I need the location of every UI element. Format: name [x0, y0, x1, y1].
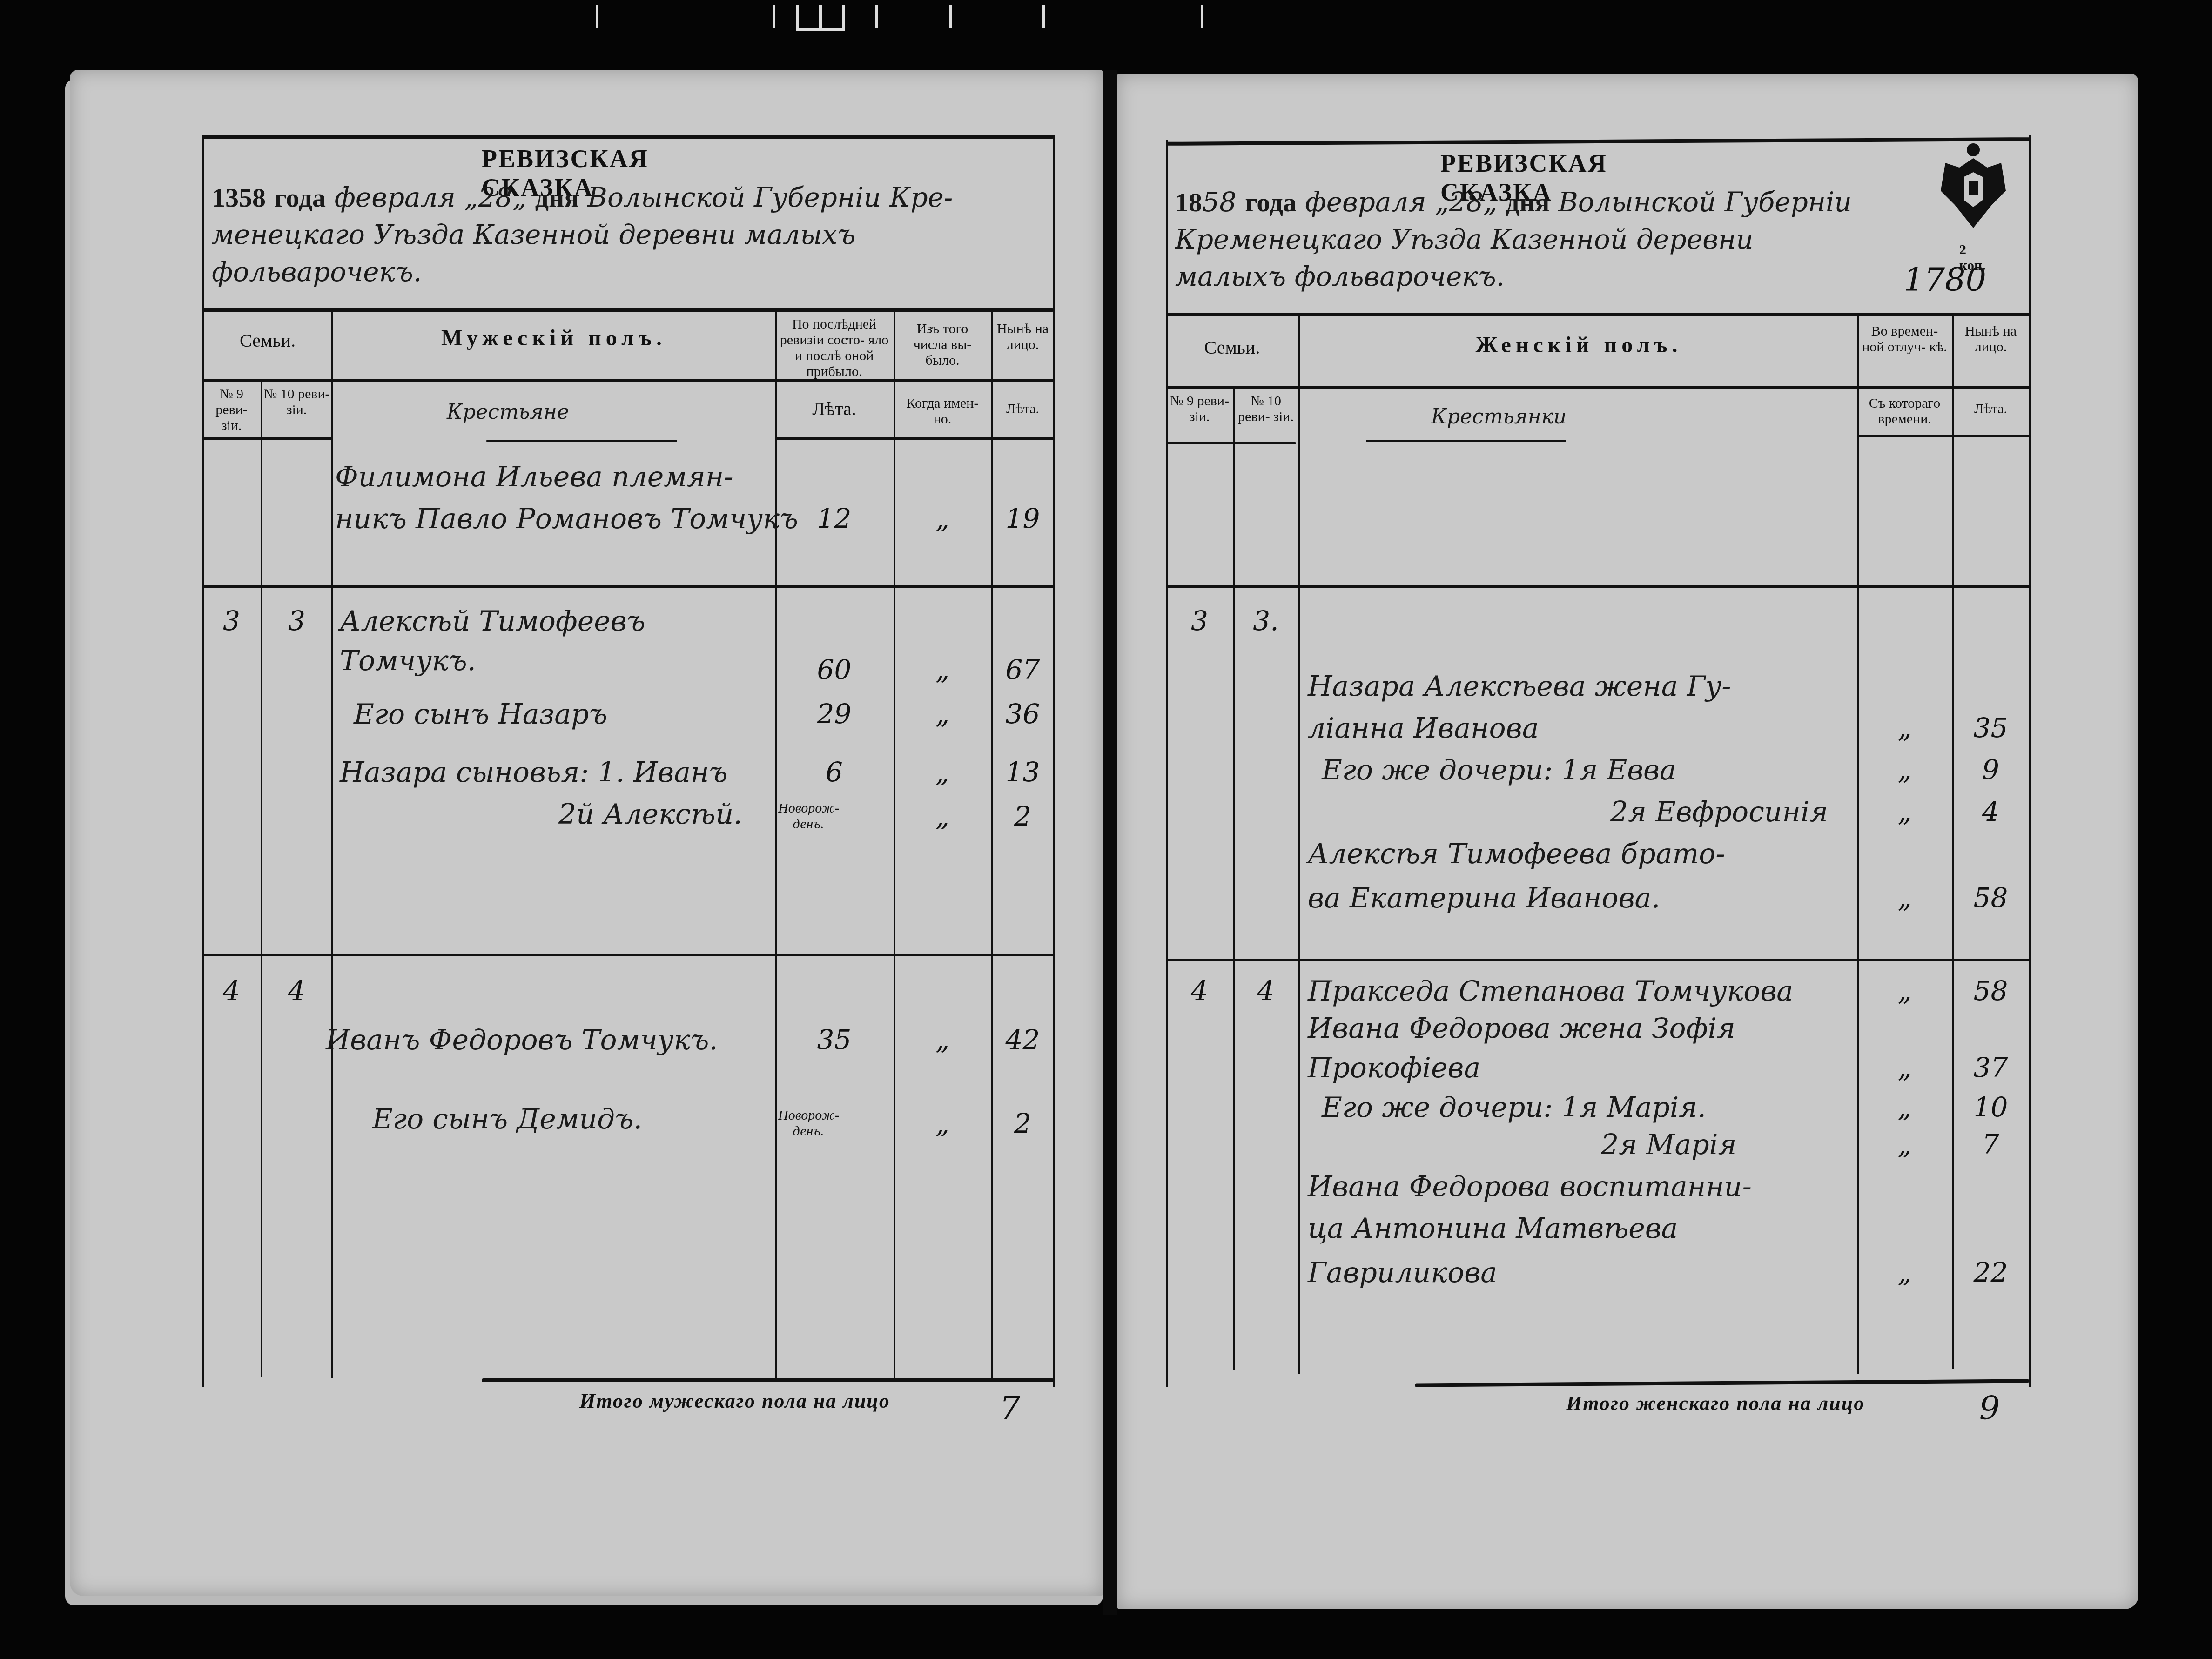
- subheader-no10: № 10 реви- зіи.: [1236, 393, 1296, 425]
- scanner-calibration-strip: [596, 0, 1387, 33]
- subheader-no9: № 9 реви- зіи.: [1168, 393, 1231, 425]
- subheader-years: Лѣта.: [1955, 401, 2027, 417]
- subheader-years: Лѣта.: [777, 401, 891, 417]
- header-now: Нынѣ на лицо.: [994, 321, 1052, 353]
- total-male-value: 7: [991, 1389, 1029, 1427]
- subheader-no9: № 9 реви- зіи.: [205, 386, 258, 434]
- subheader-no10: № 10 реви- зіи.: [263, 386, 330, 418]
- subheader-class: Крестьянки: [1431, 405, 1567, 429]
- subheader-years-now: Лѣта.: [994, 401, 1052, 417]
- header-now: Нынѣ на лицо.: [1955, 323, 2027, 355]
- book-gutter: [1103, 70, 1117, 1615]
- intro-line-3: малыхъ фольварочекъ.: [1175, 261, 1505, 292]
- total-female-value: 9: [1971, 1389, 2008, 1427]
- header-absence: Во времен- ной отлуч- кѣ.: [1859, 323, 1950, 355]
- header-departed: Изъ того числа вы- было.: [898, 321, 987, 369]
- header-family: Семьи.: [205, 333, 330, 349]
- intro-line-1: 1358 года февраля „28„ дня Волынской Губ…: [212, 181, 953, 213]
- header-section-female: Женскій полъ.: [1303, 337, 1855, 353]
- header-section-male: Мужескій полъ.: [335, 330, 773, 346]
- header-family: Семьи.: [1168, 340, 1296, 356]
- total-female-label: Итого женскаго пола на лицо: [1566, 1391, 1865, 1415]
- header-last-revision: По послѣдней ревизіи состо- яло и послѣ …: [777, 316, 891, 380]
- left-page: [70, 70, 1103, 1596]
- intro-line-3: фольварочекъ.: [212, 256, 422, 288]
- subheader-class: Крестьяне: [447, 400, 569, 424]
- archive-number: 1780: [1903, 261, 1986, 299]
- intro-line-2: менецкаго Уѣзда Казенной деревни малыхъ: [212, 219, 855, 250]
- subheader-since: Съ котораго времени.: [1859, 396, 1950, 427]
- double-headed-eagle-icon: [1931, 140, 2015, 233]
- subheader-when: Когда имен- но.: [896, 396, 989, 427]
- intro-line-1: 1858 года февраля „28„ дня Волынской Губ…: [1175, 186, 1852, 218]
- intro-line-2: Кременецкаго Уѣзда Казенной деревни: [1175, 223, 1754, 255]
- total-male-label: Итого мужескаго пола на лицо: [579, 1389, 890, 1413]
